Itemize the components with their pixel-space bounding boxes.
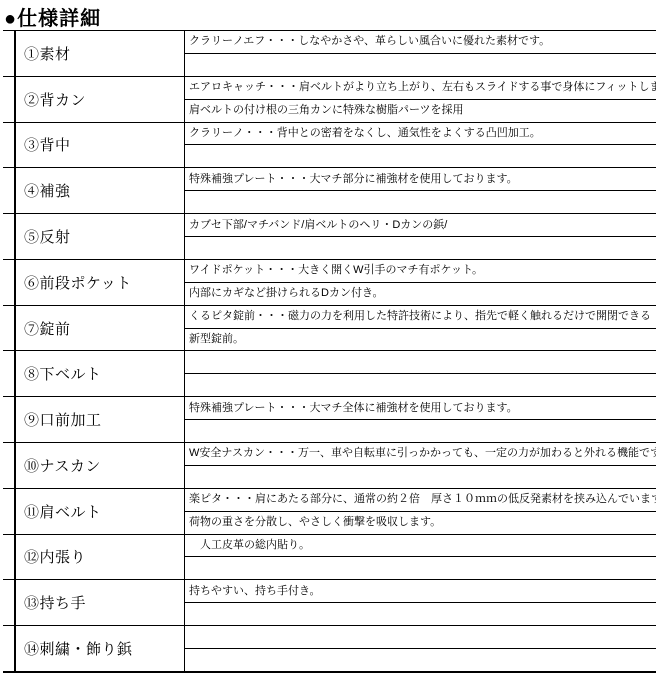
row-gutter: [3, 168, 14, 213]
row-label: ⑧下ベルト: [14, 351, 185, 396]
spec-line-1: クラリーノ・・・背中との密着をなくし、通気性をよくする凸凹加工。: [185, 123, 656, 146]
row-gutter: [3, 77, 14, 122]
table-row: ⑧下ベルト: [3, 351, 656, 397]
spec-line-1: [185, 351, 656, 374]
spec-table: ①素材 クラリーノエフ・・・しなやかさや、革らしい風合いに優れた素材です。 ②背…: [3, 30, 656, 673]
table-row: ①素材 クラリーノエフ・・・しなやかさや、革らしい風合いに優れた素材です。: [3, 31, 656, 77]
row-content: [185, 351, 656, 396]
table-row: ⑩ナスカン W安全ナスカン・・・万一、車や自転車に引っかかっても、一定の力が加わ…: [3, 443, 656, 489]
row-gutter: [3, 351, 14, 396]
spec-line-2: [185, 374, 656, 396]
row-content: W安全ナスカン・・・万一、車や自転車に引っかかっても、一定の力が加わると外れる機…: [185, 443, 656, 488]
spec-line-2: [185, 649, 656, 671]
row-content: 特殊補強プレート・・・大マチ全体に補強材を使用しております。: [185, 397, 656, 442]
spec-line-2: [185, 466, 656, 488]
row-label: ④補強: [14, 168, 185, 213]
table-row: ⑤反射 カブセ下部/マチバンド/肩ベルトのヘリ・Dカンの鋲/: [3, 214, 656, 260]
row-content: カブセ下部/マチバンド/肩ベルトのヘリ・Dカンの鋲/: [185, 214, 656, 259]
table-row: ⑭刺繍・飾り鋲: [3, 626, 656, 671]
spec-line-1: ワイドポケット・・・大きく開くW引手のマチ有ポケット。: [185, 260, 656, 283]
row-gutter: [3, 214, 14, 259]
row-label: ③背中: [14, 123, 185, 168]
table-row: ③背中 クラリーノ・・・背中との密着をなくし、通気性をよくする凸凹加工。: [3, 123, 656, 169]
row-gutter: [3, 123, 14, 168]
row-label: ⑤反射: [14, 214, 185, 259]
page-title: ●仕様詳細: [4, 2, 101, 31]
spec-line-1: 特殊補強プレート・・・大マチ全体に補強材を使用しております。: [185, 397, 656, 420]
spec-line-1: [185, 626, 656, 649]
row-gutter: [3, 397, 14, 442]
row-gutter: [3, 535, 14, 580]
row-content: ワイドポケット・・・大きく開くW引手のマチ有ポケット。 内部にカギなど掛けられる…: [185, 260, 656, 305]
spec-line-2: [185, 557, 656, 579]
row-gutter: [3, 31, 14, 76]
page: ●仕様詳細 ①素材 クラリーノエフ・・・しなやかさや、革らしい風合いに優れた素材…: [0, 0, 656, 684]
spec-line-2: [185, 54, 656, 76]
row-gutter: [3, 306, 14, 351]
row-content: 特殊補強プレート・・・大マチ部分に補強材を使用しております。: [185, 168, 656, 213]
table-row: ⑪肩ベルト 楽ピタ・・・肩にあたる部分に、通常の約２倍 厚さ１０ｍｍの低反発素材…: [3, 489, 656, 535]
table-row: ⑫内張り 人工皮革の総内貼り。: [3, 535, 656, 581]
row-gutter: [3, 443, 14, 488]
spec-line-1: くるピタ錠前・・・磁力の力を利用した特許技術により、指先で軽く触れるだけで開閉で…: [185, 306, 656, 329]
spec-line-1: 持ちやすい、持ち手付き。: [185, 580, 656, 603]
table-row: ④補強 特殊補強プレート・・・大マチ部分に補強材を使用しております。: [3, 168, 656, 214]
spec-line-2: [185, 145, 656, 167]
spec-line-2: 肩ベルトの付け根の三角カンに特殊な樹脂パーツを採用: [185, 100, 656, 122]
row-label: ⑦錠前: [14, 306, 185, 351]
row-gutter: [3, 489, 14, 534]
spec-line-1: 楽ピタ・・・肩にあたる部分に、通常の約２倍 厚さ１０ｍｍの低反発素材を挟み込んで…: [185, 489, 656, 512]
table-row: ⑨口前加工 特殊補強プレート・・・大マチ全体に補強材を使用しております。: [3, 397, 656, 443]
spec-line-1: 特殊補強プレート・・・大マチ部分に補強材を使用しております。: [185, 168, 656, 191]
spec-line-1: クラリーノエフ・・・しなやかさや、革らしい風合いに優れた素材です。: [185, 31, 656, 54]
spec-line-1: 人工皮革の総内貼り。: [185, 535, 656, 558]
spec-line-2: [185, 420, 656, 442]
row-label: ⑬持ち手: [14, 580, 185, 625]
row-label: ⑪肩ベルト: [14, 489, 185, 534]
spec-line-2: [185, 191, 656, 213]
table-row: ②背カン エアロキャッチ・・・肩ベルトがより立ち上がり、左右もスライドする事で身…: [3, 77, 656, 123]
row-content: 人工皮革の総内貼り。: [185, 535, 656, 580]
row-label: ⑫内張り: [14, 535, 185, 580]
row-content: クラリーノエフ・・・しなやかさや、革らしい風合いに優れた素材です。: [185, 31, 656, 76]
row-content: 持ちやすい、持ち手付き。: [185, 580, 656, 625]
row-content: [185, 626, 656, 671]
row-label: ⑨口前加工: [14, 397, 185, 442]
row-content: 楽ピタ・・・肩にあたる部分に、通常の約２倍 厚さ１０ｍｍの低反発素材を挟み込んで…: [185, 489, 656, 534]
row-gutter: [3, 626, 14, 671]
spec-line-1: カブセ下部/マチバンド/肩ベルトのヘリ・Dカンの鋲/: [185, 214, 656, 237]
row-label: ①素材: [14, 31, 185, 76]
table-row: ⑦錠前 くるピタ錠前・・・磁力の力を利用した特許技術により、指先で軽く触れるだけ…: [3, 306, 656, 352]
row-content: くるピタ錠前・・・磁力の力を利用した特許技術により、指先で軽く触れるだけで開閉で…: [185, 306, 656, 351]
row-gutter: [3, 260, 14, 305]
row-label: ⑭刺繍・飾り鋲: [14, 626, 185, 671]
row-label: ⑥前段ポケット: [14, 260, 185, 305]
row-content: エアロキャッチ・・・肩ベルトがより立ち上がり、左右もスライドする事で身体にフィッ…: [185, 77, 656, 122]
row-gutter: [3, 580, 14, 625]
row-content: クラリーノ・・・背中との密着をなくし、通気性をよくする凸凹加工。: [185, 123, 656, 168]
row-label: ⑩ナスカン: [14, 443, 185, 488]
spec-line-2: 荷物の重さを分散し、やさしく衝撃を吸収します。: [185, 512, 656, 534]
spec-line-1: W安全ナスカン・・・万一、車や自転車に引っかかっても、一定の力が加わると外れる機…: [185, 443, 656, 466]
spec-line-1: エアロキャッチ・・・肩ベルトがより立ち上がり、左右もスライドする事で身体にフィッ…: [185, 77, 656, 100]
spec-line-2: 内部にカギなど掛けられるDカン付き。: [185, 283, 656, 305]
spec-line-2: [185, 603, 656, 625]
spec-line-2: [185, 237, 656, 259]
row-label: ②背カン: [14, 77, 185, 122]
spec-line-2: 新型錠前。: [185, 329, 656, 351]
table-row: ⑥前段ポケット ワイドポケット・・・大きく開くW引手のマチ有ポケット。 内部にカ…: [3, 260, 656, 306]
table-row: ⑬持ち手 持ちやすい、持ち手付き。: [3, 580, 656, 626]
